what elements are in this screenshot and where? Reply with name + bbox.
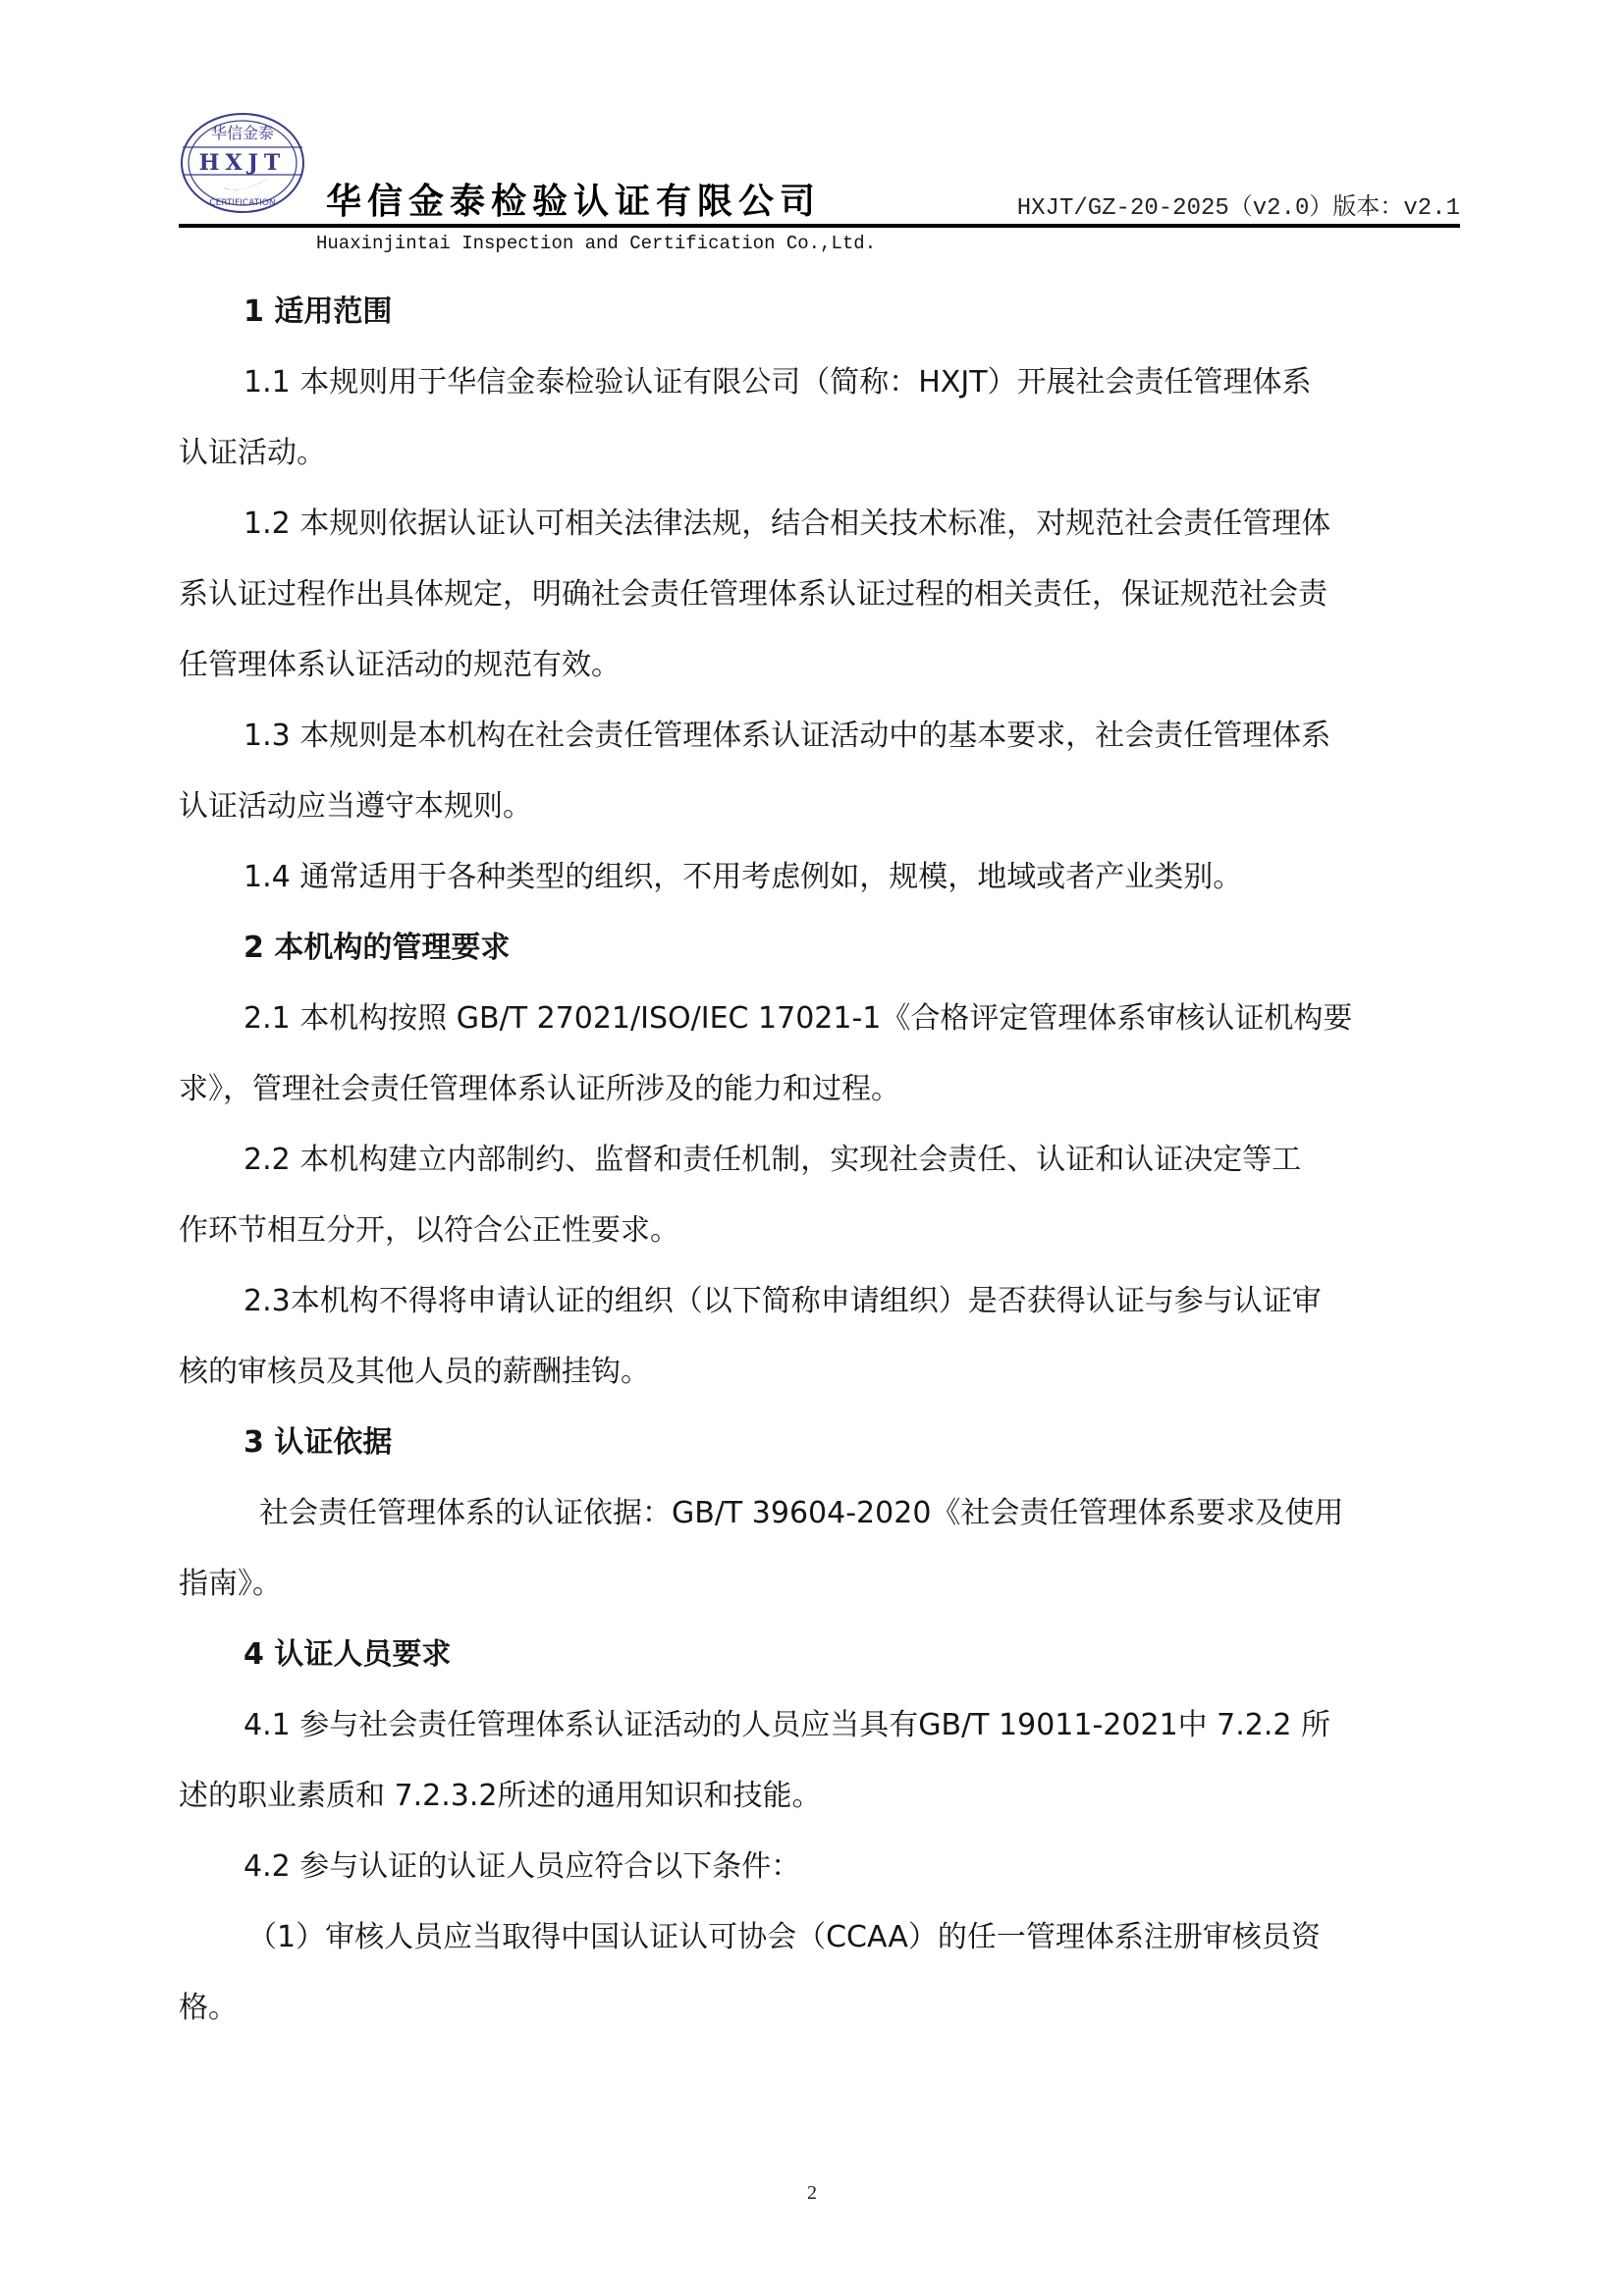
paragraph-line: 1.4 通常适用于各种类型的组织，不用考虑例如，规模，地域或者产业类别。 xyxy=(179,842,1435,913)
paragraph-line: 4.2 参与认证的认证人员应符合以下条件： xyxy=(179,1832,1435,1902)
paragraph-line: 1.2 本规则依据认证认可相关法律法规，结合相关技术标准，对规范社会责任管理体 xyxy=(179,489,1435,560)
page-number: 2 xyxy=(0,2182,1624,2205)
paragraph-line: 2.2 本机构建立内部制约、监督和责任机制，实现社会责任、认证和认证决定等工 xyxy=(179,1125,1435,1196)
paragraph-line: 1.1 本规则用于华信金泰检验认证有限公司（简称：HXJT）开展社会责任管理体系 xyxy=(179,347,1435,418)
paragraph-line: 求》，管理社会责任管理体系认证所涉及的能力和过程。 xyxy=(179,1054,1435,1125)
company-name: 华信金泰检验认证有限公司 xyxy=(326,174,821,224)
paragraph-line: 社会责任管理体系的认证依据：GB/T 39604-2020《社会责任管理体系要求… xyxy=(179,1478,1435,1549)
paragraph-line: 指南》。 xyxy=(179,1549,1435,1620)
svg-text:HXJT: HXJT xyxy=(199,150,287,176)
paragraph-line: 任管理体系认证活动的规范有效。 xyxy=(179,630,1435,701)
paragraph-line: 4.1 参与社会责任管理体系认证活动的人员应当具有GB/T 19011-2021… xyxy=(179,1690,1435,1761)
section-heading: 2 本机构的管理要求 xyxy=(179,913,1435,984)
paragraph-line: （1）审核人员应当取得中国认证认可协会（CCAA）的任一管理体系注册审核员资 xyxy=(179,1902,1435,1973)
svg-text:CERTIFICATION: CERTIFICATION xyxy=(209,198,275,208)
document-body: 1 适用范围 1.1 本规则用于华信金泰检验认证有限公司（简称：HXJT）开展社… xyxy=(179,277,1435,2044)
paragraph-line: 2.1 本机构按照 GB/T 27021/ISO/IEC 17021-1《合格评… xyxy=(179,984,1435,1054)
svg-text:华信金泰: 华信金泰 xyxy=(211,124,274,142)
paragraph-line: 核的审核员及其他人员的薪酬挂钩。 xyxy=(179,1337,1435,1408)
paragraph-line: 系认证过程作出具体规定，明确社会责任管理体系认证过程的相关责任，保证规范社会责 xyxy=(179,560,1435,630)
section-heading: 1 适用范围 xyxy=(179,277,1435,347)
page-header: 华信金泰 HXJT CERTIFICATION 华信金泰检验认证有限公司 HXJ… xyxy=(179,103,1460,260)
paragraph-line: 格。 xyxy=(179,1973,1435,2044)
section-heading: 3 认证依据 xyxy=(179,1408,1435,1478)
paragraph-line: 认证活动应当遵守本规则。 xyxy=(179,772,1435,842)
paragraph-line: 2.3本机构不得将申请认证的组织（以下简称申请组织）是否获得认证与参与认证审 xyxy=(179,1266,1435,1337)
document-code: HXJT/GZ-20-2025（v2.0）版本：v2.1 xyxy=(1017,187,1460,222)
paragraph-line: 述的职业素质和 7.2.3.2所述的通用知识和技能。 xyxy=(179,1761,1435,1832)
paragraph-line: 认证活动。 xyxy=(179,418,1435,489)
paragraph-line: 作环节相互分开，以符合公正性要求。 xyxy=(179,1196,1435,1266)
paragraph-line: 1.3 本规则是本机构在社会责任管理体系认证活动中的基本要求，社会责任管理体系 xyxy=(179,701,1435,772)
company-name-english: Huaxinjintai Inspection and Certificatio… xyxy=(316,233,876,254)
header-divider xyxy=(179,224,1460,228)
section-heading: 4 认证人员要求 xyxy=(179,1620,1435,1690)
hxjt-logo-icon: 华信金泰 HXJT CERTIFICATION xyxy=(179,111,306,215)
